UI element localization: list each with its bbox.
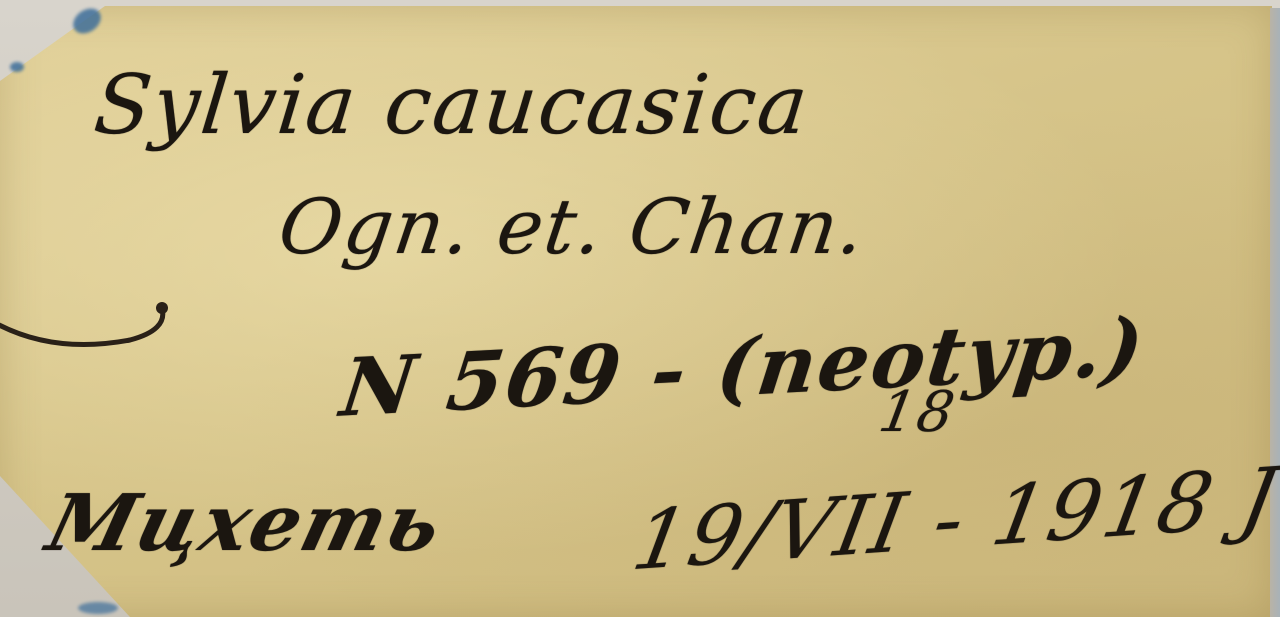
collection-locality: Мцхеть: [39, 478, 453, 569]
species-name: Sylvia caucasica: [90, 58, 814, 153]
date-superscript: 18: [874, 380, 961, 445]
photo-stage: Sylvia caucasica Ogn. et. Chan. N 569 - …: [0, 0, 1280, 617]
species-authority: Ogn. et. Chan.: [274, 182, 872, 271]
blue-ink-stain-icon: [10, 62, 24, 72]
blue-ink-stain-icon: [78, 602, 118, 614]
